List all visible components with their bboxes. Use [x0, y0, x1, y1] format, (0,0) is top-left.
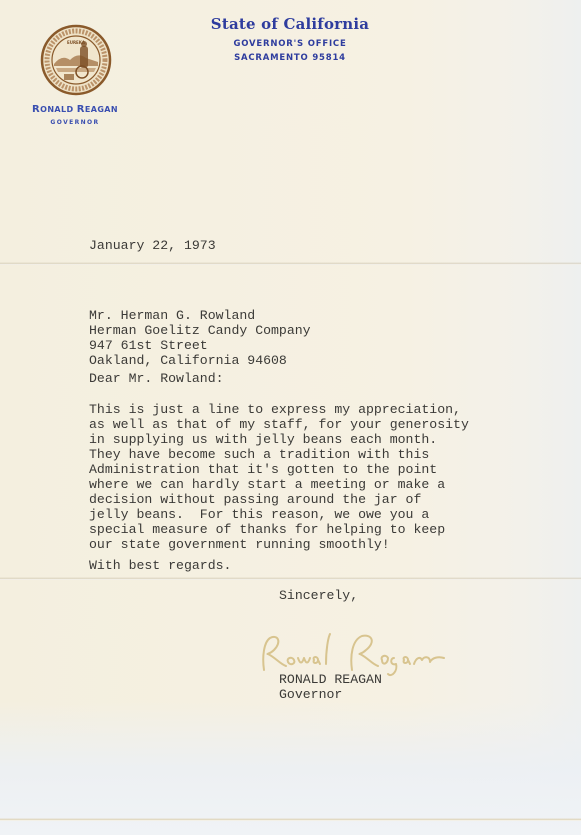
body-line: They have become such a tradition with t… — [89, 447, 469, 462]
body-line: where we can hardly start a meeting or m… — [89, 477, 469, 492]
recipient-company: Herman Goelitz Candy Company — [89, 323, 311, 338]
body-line: This is just a line to express my apprec… — [89, 402, 469, 417]
letterhead-city: SACRAMENTO 95814 — [180, 53, 400, 63]
signer-title: Governor — [279, 687, 382, 702]
body-line: our state government running smoothly! — [89, 537, 469, 552]
governor-title: GOVERNOR — [0, 119, 150, 126]
recipient-name: Mr. Herman G. Rowland — [89, 308, 311, 323]
svg-text:EUREKA: EUREKA — [67, 40, 86, 45]
recipient-street: 947 61st Street — [89, 338, 311, 353]
paper-fold-line — [0, 577, 581, 580]
letterhead-title: State of California — [180, 15, 400, 33]
paper-fold-line — [0, 818, 581, 821]
body-line: decision without passing around the jar … — [89, 492, 469, 507]
paper-fold-line — [0, 262, 581, 265]
salutation: Dear Mr. Rowland: — [89, 371, 224, 386]
letterhead: State of California GOVERNOR'S OFFICE SA… — [180, 15, 400, 63]
signature-block: RONALD REAGANGovernor — [279, 672, 382, 702]
great-seal-of-california-icon: EUREKA — [40, 24, 112, 96]
recipient-city: Oakland, California 94608 — [89, 353, 311, 368]
governor-name: RONALD REAGAN — [0, 104, 150, 115]
body-line: in supplying us with jelly beans each mo… — [89, 432, 469, 447]
letter-date: January 22, 1973 — [89, 238, 216, 253]
body-line: as well as that of my staff, for your ge… — [89, 417, 469, 432]
letter-body: This is just a line to express my apprec… — [89, 402, 469, 552]
body-line: special measure of thanks for helping to… — [89, 522, 469, 537]
body-line: Administration that it's gotten to the p… — [89, 462, 469, 477]
letterhead-office: GOVERNOR'S OFFICE — [180, 39, 400, 49]
closing-line: With best regards. — [89, 558, 231, 573]
body-line: jelly beans. For this reason, we owe you… — [89, 507, 469, 522]
signer-name: RONALD REAGAN — [279, 672, 382, 687]
complimentary-close: Sincerely, — [279, 588, 358, 603]
recipient-address: Mr. Herman G. RowlandHerman Goelitz Cand… — [89, 308, 311, 368]
